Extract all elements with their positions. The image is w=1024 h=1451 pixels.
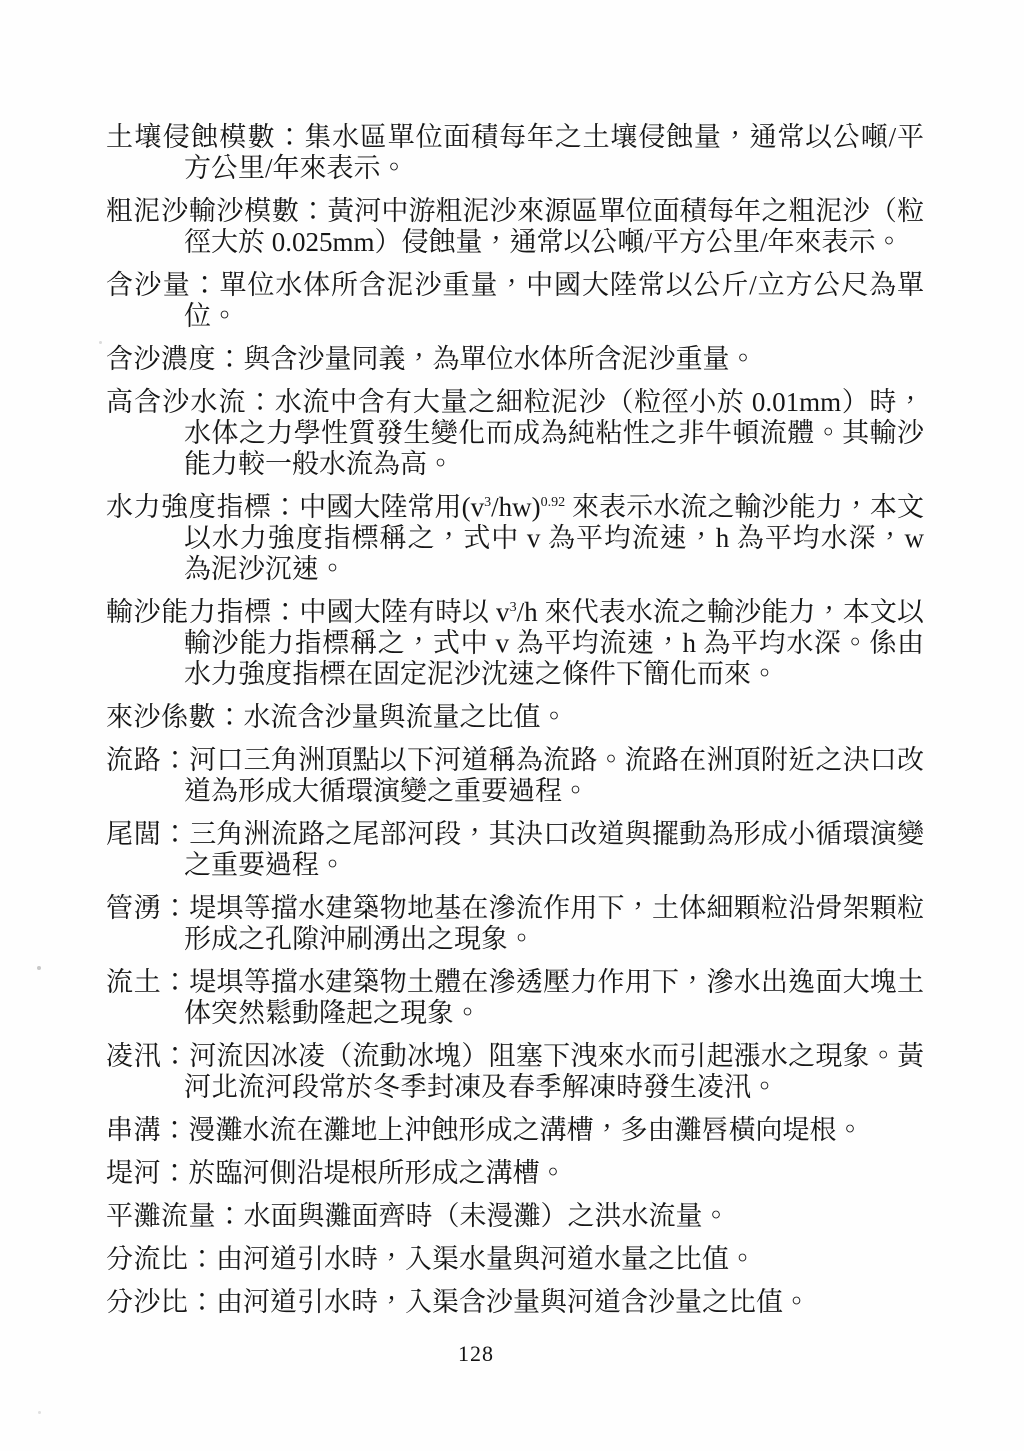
entry-definition: 漫灘水流在灘地上沖蝕形成之溝槽，多由灘唇橫向堤根。 [189, 1115, 864, 1145]
entry-term: 流路： [106, 745, 189, 775]
entry-definition: 單位水体所含泥沙重量，中國大陸常以公斤/立方公尺為單位。 [184, 270, 924, 331]
glossary-entry: 流路：河口三角洲頂點以下河道稱為流路。流路在洲頂附近之決口改道為形成大循環演變之… [106, 745, 924, 807]
entry-term: 含沙量： [106, 270, 220, 300]
entry-term: 分沙比： [106, 1287, 216, 1317]
entry-definition: 水面與灘面齊時（未漫灘）之洪水流量。 [244, 1201, 730, 1231]
document-page: 土壤侵蝕模數：集水區單位面積每年之土壤侵蝕量，通常以公噸/平方公里/年來表示。粗… [0, 0, 1024, 1451]
entry-term: 水力強度指標： [106, 492, 299, 522]
glossary-entry: 流土：堤埧等擋水建築物土體在滲透壓力作用下，滲水出逸面大塊土体突然鬆動隆起之現象… [106, 967, 924, 1029]
entry-definition: 堤埧等擋水建築物土體在滲透壓力作用下，滲水出逸面大塊土体突然鬆動隆起之現象。 [184, 967, 924, 1028]
entry-term: 管湧： [106, 893, 189, 923]
glossary-entry: 粗泥沙輸沙模數：黃河中游粗泥沙來源區單位面積每年之粗泥沙（粒徑大於 0.025m… [106, 196, 924, 258]
glossary-entry: 串溝：漫灘水流在灘地上沖蝕形成之溝槽，多由灘唇橫向堤根。 [106, 1115, 924, 1146]
scan-noise-speck [99, 341, 102, 344]
entry-definition: 三角洲流路之尾部河段，其決口改道與擺動為形成小循環演變之重要過程。 [184, 819, 924, 880]
entry-term: 平灘流量： [106, 1201, 244, 1231]
entry-term: 含沙濃度： [106, 344, 244, 374]
entry-definition: 與含沙量同義，為單位水体所含泥沙重量。 [244, 344, 757, 374]
glossary-entry: 土壤侵蝕模數：集水區單位面積每年之土壤侵蝕量，通常以公噸/平方公里/年來表示。 [106, 122, 924, 184]
entry-definition: 由河道引水時，入渠含沙量與河道含沙量之比值。 [216, 1287, 810, 1317]
scan-noise-speck [37, 966, 41, 970]
entry-definition: 河口三角洲頂點以下河道稱為流路。流路在洲頂附近之決口改道為形成大循環演變之重要過… [184, 745, 924, 806]
entry-term: 尾閭： [106, 819, 189, 849]
entry-term: 土壤侵蝕模數： [106, 122, 304, 152]
entry-term: 凌汛： [106, 1041, 189, 1071]
glossary-entry: 來沙係數：水流含沙量與流量之比值。 [106, 702, 924, 733]
glossary-entry: 輸沙能力指標：中國大陸有時以 v3/h 來代表水流之輸沙能力，本文以輸沙能力指標… [106, 597, 924, 690]
glossary-entry: 分沙比：由河道引水時，入渠含沙量與河道含沙量之比值。 [106, 1287, 924, 1318]
entry-term: 輸沙能力指標： [106, 597, 299, 627]
superscript-exponent: 0.92 [541, 494, 566, 510]
entry-definition: 水流中含有大量之細粒泥沙（粒徑小於 0.01mm）時，水体之力學性質發生變化而成… [184, 387, 924, 479]
glossary-entry: 堤河：於臨河側沿堤根所形成之溝槽。 [106, 1158, 924, 1189]
entry-term: 流土： [106, 967, 189, 997]
entry-definition: 於臨河側沿堤根所形成之溝槽。 [189, 1158, 567, 1188]
entry-term: 來沙係數： [106, 702, 244, 732]
scan-noise-speck [38, 1411, 41, 1414]
entry-term: 高含沙水流： [106, 387, 275, 417]
glossary-entry: 平灘流量：水面與灘面齊時（未漫灘）之洪水流量。 [106, 1201, 924, 1232]
page-number: 128 [0, 1341, 952, 1367]
glossary-list: 土壤侵蝕模數：集水區單位面積每年之土壤侵蝕量，通常以公噸/平方公里/年來表示。粗… [106, 122, 924, 1330]
glossary-entry: 尾閭：三角洲流路之尾部河段，其決口改道與擺動為形成小循環演變之重要過程。 [106, 819, 924, 881]
glossary-entry: 高含沙水流：水流中含有大量之細粒泥沙（粒徑小於 0.01mm）時，水体之力學性質… [106, 387, 924, 480]
entry-term: 分流比： [106, 1244, 216, 1274]
entry-term: 粗泥沙輸沙模數： [106, 196, 327, 226]
glossary-entry: 含沙量：單位水体所含泥沙重量，中國大陸常以公斤/立方公尺為單位。 [106, 270, 924, 332]
entry-definition: 河流因冰凌（流動冰塊）阻塞下洩來水而引起漲水之現象。黃河北流河段常於冬季封凍及春… [184, 1041, 924, 1102]
superscript-exponent: 3 [510, 599, 517, 615]
entry-definition: 水流含沙量與流量之比值。 [244, 702, 568, 732]
glossary-entry: 水力強度指標：中國大陸常用(v3/hw)0.92 來表示水流之輸沙能力，本文以水… [106, 492, 924, 585]
entry-term: 堤河： [106, 1158, 189, 1188]
entry-definition: 由河道引水時，入渠水量與河道水量之比值。 [216, 1244, 756, 1274]
entry-definition: 堤埧等擋水建築物地基在滲流作用下，土体細顆粒沿骨架顆粒形成之孔隙沖刷湧出之現象。 [184, 893, 924, 954]
glossary-entry: 凌汛：河流因冰凌（流動冰塊）阻塞下洩來水而引起漲水之現象。黃河北流河段常於冬季封… [106, 1041, 924, 1103]
glossary-entry: 含沙濃度：與含沙量同義，為單位水体所含泥沙重量。 [106, 344, 924, 375]
superscript-exponent: 3 [484, 494, 491, 510]
entry-term: 串溝： [106, 1115, 189, 1145]
glossary-entry: 管湧：堤埧等擋水建築物地基在滲流作用下，土体細顆粒沿骨架顆粒形成之孔隙沖刷湧出之… [106, 893, 924, 955]
glossary-entry: 分流比：由河道引水時，入渠水量與河道水量之比值。 [106, 1244, 924, 1275]
